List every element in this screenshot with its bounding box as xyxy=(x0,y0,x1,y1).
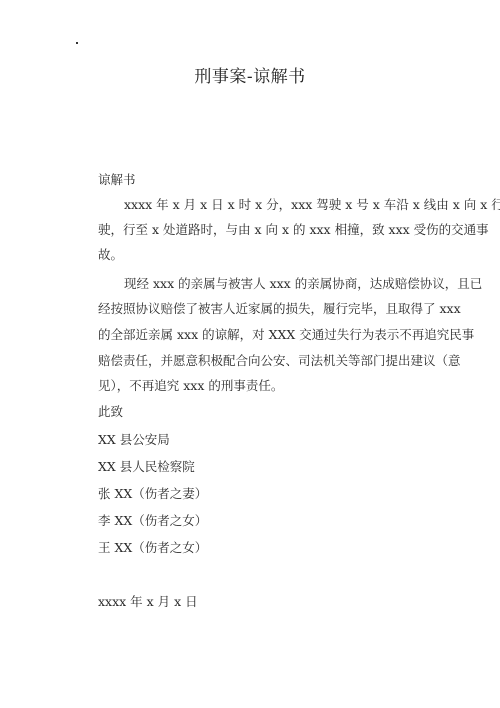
paragraph1-line1: xxxx 年 x 月 x 日 x 时 x 分，xxx 驾驶 x 号 x 车沿 x… xyxy=(124,195,500,213)
paragraph2-line3: 的全部近亲属 xxx 的谅解，对 XXX 交通过失行为表示不再追究民事 xyxy=(98,325,474,343)
paragraph2-line2: 经按照协议赔偿了被害人近家属的损失，履行完毕，且取得了 xxx xyxy=(98,299,461,317)
signatory-3: 王 XX（伤者之女） xyxy=(98,538,207,556)
recipient-police: XX 县公安局 xyxy=(98,430,170,448)
letter-heading: 谅解书 xyxy=(98,170,136,188)
paragraph2-line5: 见），不再追究 xxx 的刑事责任。 xyxy=(98,376,283,394)
paragraph2-line4: 赔偿责任，并愿意积极配合向公安、司法机关等部门提出建议（意 xyxy=(98,351,461,369)
document-date: xxxx 年 x 月 x 日 xyxy=(98,592,198,610)
recipient-procuratorate: XX 县人民检察院 xyxy=(98,457,195,475)
paragraph2-line1: 现经 xxx 的亲属与被害人 xxx 的亲属协商，达成赔偿协议，且已 xyxy=(124,274,482,292)
paragraph1-line3: 故。 xyxy=(98,245,123,263)
closing-salutation: 此致 xyxy=(98,402,123,420)
page-marker xyxy=(76,42,78,44)
signatory-1: 张 XX（伤者之妻） xyxy=(98,484,207,502)
signatory-2: 李 XX（伤者之女） xyxy=(98,511,207,529)
paragraph1-line2: 驶，行至 x 处道路时，与由 x 向 x 的 xxx 相撞，致 xxx 受伤的交… xyxy=(98,220,489,238)
document-title: 刑事案-谅解书 xyxy=(0,62,500,87)
